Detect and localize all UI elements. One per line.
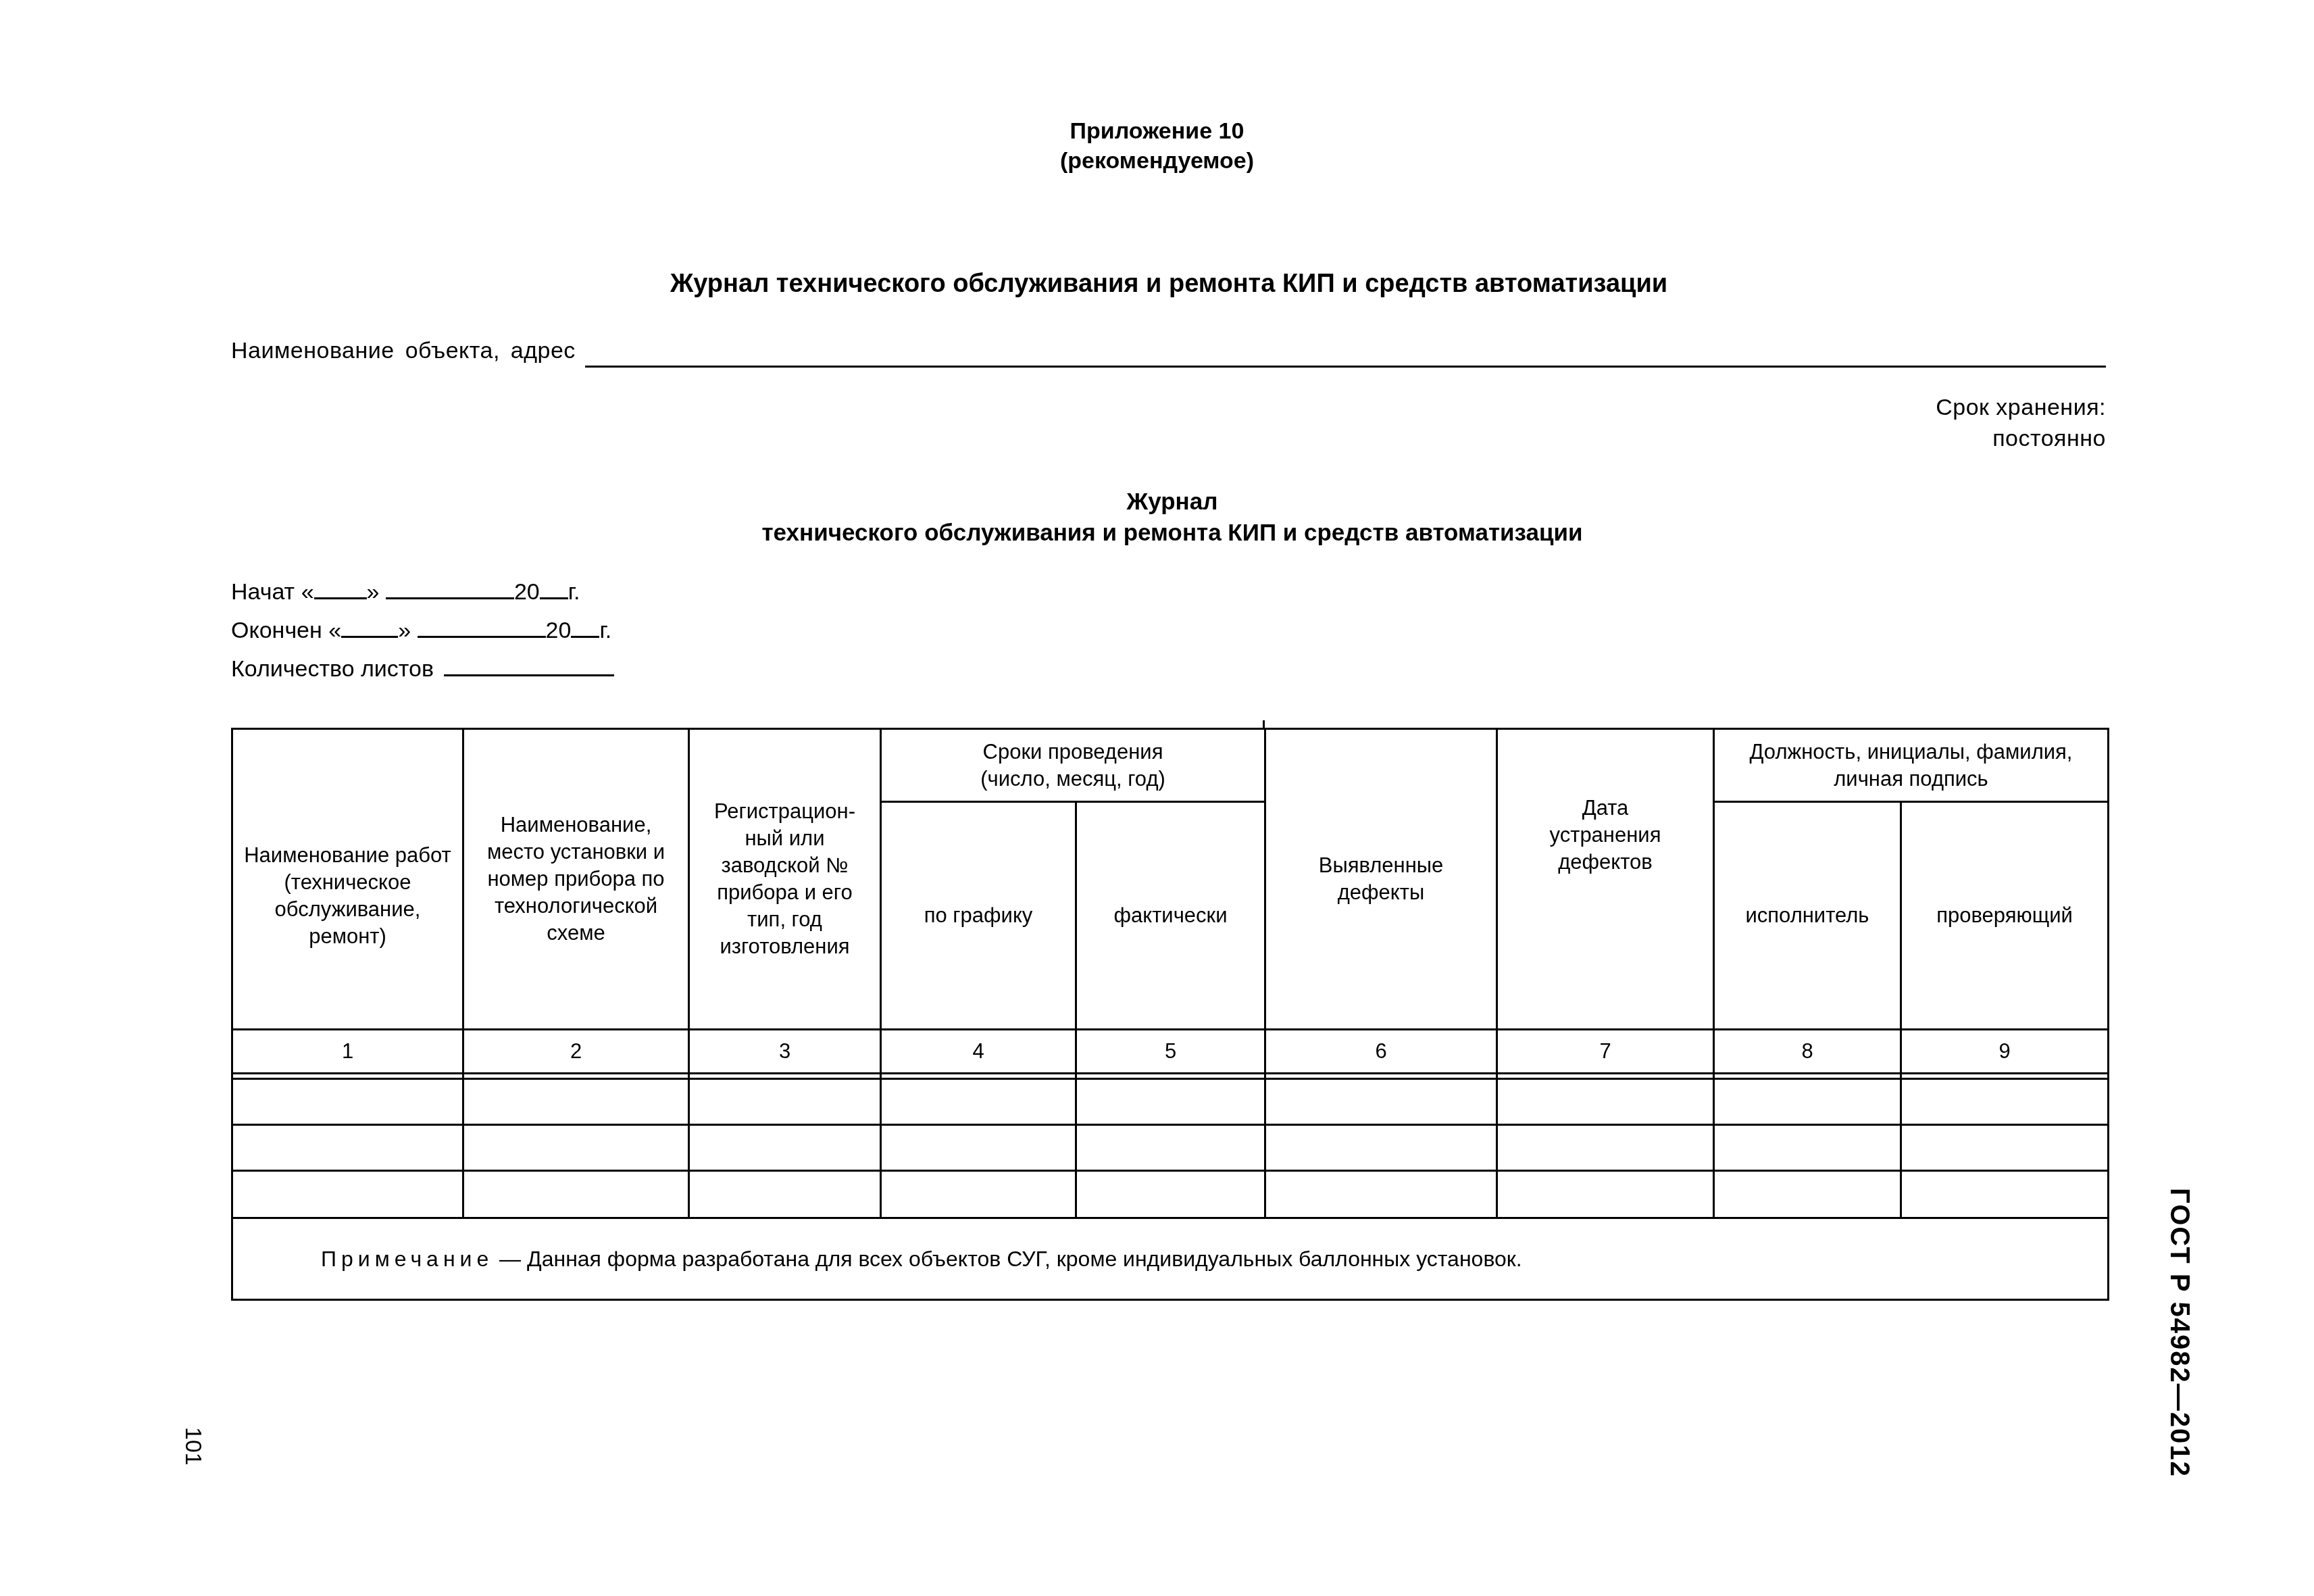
table-row — [232, 1079, 2109, 1125]
journal-title-line2: технического обслуживания и ремонта КИП … — [0, 518, 2314, 549]
table-cell[interactable] — [881, 1079, 1076, 1125]
column-number: 9 — [1901, 1030, 2109, 1074]
open-quote: « — [301, 579, 314, 605]
table-cell[interactable] — [463, 1125, 689, 1171]
ended-day-blank[interactable] — [341, 616, 398, 638]
journal-fields: Начат «» 20г. Окончен «» 20г. Количество… — [231, 573, 614, 689]
year-prefix: 20 — [514, 579, 540, 605]
address-label: Наименование объекта, адрес — [231, 334, 576, 368]
ended-year-blank[interactable] — [571, 616, 599, 638]
table-cell[interactable] — [1076, 1125, 1265, 1171]
header-signature-group: Должность, инициалы, фамилия, личная под… — [1714, 729, 2109, 802]
header-scheduled: по графику — [881, 802, 1076, 1030]
sheets-field: Количество листов — [231, 650, 614, 689]
started-field: Начат «» 20г. — [231, 573, 614, 612]
address-field: Наименование объекта, адрес — [231, 334, 2106, 368]
journal-table: Наименование работ (техническое обслужив… — [231, 728, 2109, 1301]
ended-month-blank[interactable] — [418, 616, 546, 638]
note-label: Примечание — [321, 1247, 493, 1271]
table-cell[interactable] — [232, 1125, 463, 1171]
page-number: 101 — [180, 1427, 207, 1481]
year-prefix: 20 — [546, 618, 572, 643]
close-quote: » — [367, 579, 380, 605]
note-text: Данная форма разработана для всех объект… — [527, 1247, 1522, 1271]
page-title: Журнал технического обслуживания и ремон… — [0, 268, 2314, 300]
column-number: 7 — [1497, 1030, 1714, 1074]
table-row — [232, 1125, 2109, 1171]
table-cell[interactable] — [881, 1171, 1076, 1218]
header-executor: исполнитель — [1714, 802, 1901, 1030]
header-actual: фактически — [1076, 802, 1265, 1030]
standard-designation: ГОСТ Р 54982—2012 — [2159, 1188, 2200, 1485]
table-cell[interactable] — [232, 1079, 463, 1125]
note-row: Примечание — Данная форма разработана дл… — [232, 1218, 2109, 1300]
table-cell[interactable] — [1901, 1079, 2109, 1125]
open-quote: « — [328, 618, 341, 643]
address-blank[interactable] — [585, 341, 2106, 368]
table-cell[interactable] — [463, 1171, 689, 1218]
table-cell[interactable] — [1076, 1079, 1265, 1125]
table-cell[interactable] — [1265, 1079, 1497, 1125]
table-cell[interactable] — [1076, 1171, 1265, 1218]
appendix-number: Приложение 10 — [0, 116, 2314, 146]
table-cell[interactable] — [1714, 1125, 1901, 1171]
header-inspector: проверяющий — [1901, 802, 2109, 1030]
journal-title-line1: Журнал — [0, 487, 2314, 518]
journal-title: Журнал технического обслуживания и ремон… — [0, 487, 2314, 549]
table-cell[interactable] — [689, 1079, 881, 1125]
year-suffix: г. — [568, 579, 580, 605]
column-number: 4 — [881, 1030, 1076, 1074]
table-cell[interactable] — [1714, 1079, 1901, 1125]
year-suffix: г. — [599, 618, 611, 643]
note-dash: — — [493, 1247, 527, 1271]
table-row — [232, 1171, 2109, 1218]
column-number: 1 — [232, 1030, 463, 1074]
retention-label: Срок хранения: — [1936, 392, 2106, 423]
table-cell[interactable] — [232, 1171, 463, 1218]
header-device-name: Наименование, место установки и номер пр… — [463, 729, 689, 1030]
close-quote: » — [398, 618, 411, 643]
column-number: 5 — [1076, 1030, 1265, 1074]
header-row-top: Наименование работ (техническое обслужив… — [232, 729, 2109, 802]
column-number: 3 — [689, 1030, 881, 1074]
started-label: Начат — [231, 579, 295, 605]
table-cell[interactable] — [1497, 1171, 1714, 1218]
column-number: 2 — [463, 1030, 689, 1074]
table-note: Примечание — Данная форма разработана дл… — [232, 1218, 2109, 1300]
header-reg-number: Регистрацион-ный или заводской № прибора… — [689, 729, 881, 1030]
ended-label: Окончен — [231, 618, 322, 643]
column-number: 6 — [1265, 1030, 1497, 1074]
double-line-separator — [232, 1074, 2109, 1079]
table-cell[interactable] — [1901, 1125, 2109, 1171]
table-cell[interactable] — [463, 1079, 689, 1125]
table-cell[interactable] — [1714, 1171, 1901, 1218]
appendix-status: (рекомендуемое) — [0, 146, 2314, 176]
ended-field: Окончен «» 20г. — [231, 612, 614, 650]
appendix-heading: Приложение 10 (рекомендуемое) — [0, 116, 2314, 176]
sheets-blank[interactable] — [444, 654, 614, 676]
header-dates-group: Сроки проведения (число, месяц, год) — [881, 729, 1265, 802]
table-cell[interactable] — [689, 1125, 881, 1171]
table-cell[interactable] — [1901, 1171, 2109, 1218]
header-fix-date: Дата устранения дефектов — [1497, 729, 1714, 1030]
table-cell[interactable] — [1265, 1125, 1497, 1171]
started-day-blank[interactable] — [314, 577, 367, 599]
column-numbers-row: 1 2 3 4 5 6 7 8 9 — [232, 1030, 2109, 1074]
table-cell[interactable] — [1497, 1079, 1714, 1125]
table-cell[interactable] — [1265, 1171, 1497, 1218]
header-work-name: Наименование работ (техническое обслужив… — [232, 729, 463, 1030]
retention-value: постоянно — [1936, 423, 2106, 454]
header-defects: Выявленные дефекты — [1265, 729, 1497, 1030]
started-month-blank[interactable] — [386, 577, 514, 599]
sheets-label: Количество листов — [231, 656, 434, 682]
retention-period: Срок хранения: постоянно — [1936, 392, 2106, 454]
table-cell[interactable] — [689, 1171, 881, 1218]
column-number: 8 — [1714, 1030, 1901, 1074]
started-year-blank[interactable] — [540, 577, 568, 599]
table-cell[interactable] — [881, 1125, 1076, 1171]
table-cell[interactable] — [1497, 1125, 1714, 1171]
